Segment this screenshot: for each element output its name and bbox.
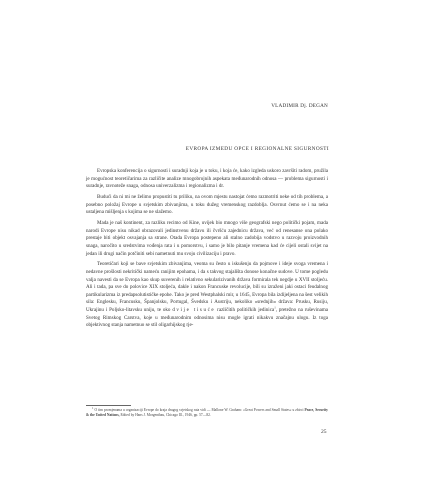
footnote-text: O tim promjenama u organizaciji Evrope d… — [95, 408, 305, 412]
paragraph: Evropska konferencija o sigurnosti i sur… — [86, 168, 328, 191]
page-number: 25 — [321, 429, 327, 435]
author-name: VLADIMIR Dj. DEGAN — [258, 103, 328, 109]
article-body: Evropska konferencija o sigurnosti i sur… — [86, 168, 328, 333]
paragraph-text: različitih političkih jedinica — [215, 307, 274, 313]
footnote-marker: 1 — [92, 406, 94, 410]
article-title: EVROPA IZMEDU OPCE I REGIONALNE SIGURNOS… — [141, 146, 329, 152]
footnote: 1 O tim promjenama u organizaciji Evrope… — [86, 408, 328, 418]
paragraph: Budući da ni mi ne želimo propustiti tu … — [86, 194, 328, 217]
paragraph-text: Teoretičari koji se bave svjetskim zbiva… — [86, 261, 328, 313]
paragraph: Teoretičari koji se bave svjetskim zbiva… — [86, 261, 328, 329]
document-page: VLADIMIR Dj. DEGAN EVROPA IZMEDU OPCE I … — [0, 0, 426, 500]
paragraph: Mada je naš kontinent, za razliku recimo… — [86, 220, 328, 258]
emphasized-text: dvije tisuće — [172, 307, 215, 313]
footnote-text: Edited by Hans J. Morgenthau, Chicago Il… — [120, 413, 211, 417]
